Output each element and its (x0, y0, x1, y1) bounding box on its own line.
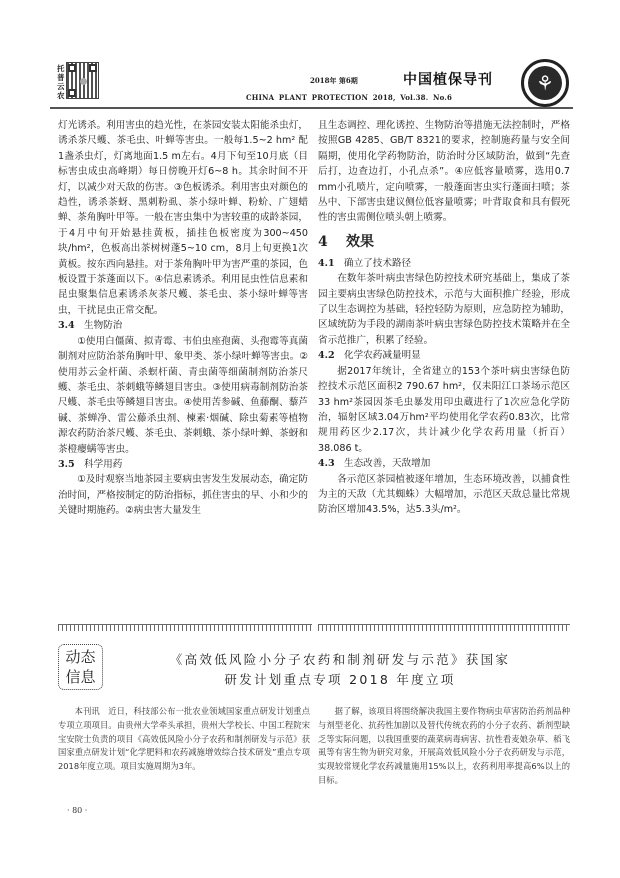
paragraph: 灯光诱杀。利用害虫的趋光性，在茶园安装太阳能杀虫灯，诱杀茶尺蠖、茶毛虫、叶蝉等害… (58, 118, 308, 318)
paragraph: 在数年茶叶病虫害绿色防控技术研究基础上，集成了茶园主要病虫害绿色防控技术，示范与… (318, 271, 570, 348)
paragraph: 本刊讯 近日，科技部公布一批农业领域国家重点研发计划重点专项立项项目。由贵州大学… (58, 705, 310, 774)
news-left-column: 本刊讯 近日，科技部公布一批农业领域国家重点研发计划重点专项立项项目。由贵州大学… (58, 705, 310, 774)
section-number: 4 (318, 229, 346, 255)
news-title: 《高效低风险小分子农药和制剂研发与示范》获国家 研发计划重点专项 2018 年度… (110, 650, 570, 690)
news-right-column: 据了解，该项目将围绕解决我国主要作物病虫草害防治药剂品种与剂型老化、抗药性加剧以… (318, 705, 570, 788)
section-heading-4: 4效果 (318, 229, 570, 255)
journal-english-title: CHINA PLANT PROTECTION 2018, Vol.38. No.… (246, 93, 452, 102)
section-number: 4.1 (318, 256, 344, 271)
paragraph: ①及时观察当地茶园主要病虫害发生发展动态，确定防治时间，严格按制定的防治指标，抓… (58, 472, 308, 518)
section-heading-3-4: 3.4生物防治 (58, 318, 308, 333)
section-title: 科学用药 (84, 459, 122, 470)
paragraph: ①使用白僵菌、拟青霉、韦伯虫座孢菌、头孢霉等真菌制剂对应防治茶角胸叶甲、象甲类、… (58, 334, 308, 457)
badge-line: 信息 (59, 667, 102, 687)
section-number: 3.5 (58, 457, 84, 472)
journal-title: 中国植保导刊 (403, 69, 493, 89)
qr-caption: 托普云农 (57, 64, 66, 100)
badge-line: 动态 (59, 647, 102, 667)
wavy-divider (58, 624, 312, 631)
issue-label: 2018年 第6期 (310, 76, 358, 86)
section-number: 4.3 (318, 456, 344, 471)
section-title: 生态改善，天敌增加 (344, 458, 430, 469)
section-number: 4.2 (318, 348, 344, 363)
section-title: 化学农药减量明显 (344, 350, 421, 361)
news-title-line: 《高效低风险小分子农药和制剂研发与示范》获国家 (110, 650, 570, 670)
paragraph: 且生态调控、理化诱控、生物防治等措施无法控制时，严格按照GB 4285、GB/T… (318, 118, 570, 226)
paragraph: 据了解，该项目将围绕解决我国主要作物病虫草害防治药剂品种与剂型老化、抗药性加剧以… (318, 705, 570, 788)
wavy-divider (318, 624, 570, 631)
section-heading-4-3: 4.3生态改善，天敌增加 (318, 456, 570, 471)
section-title: 效果 (346, 234, 374, 250)
left-column: 灯光诱杀。利用害虫的趋光性，在茶园安装太阳能杀虫灯，诱杀茶尺蠖、茶毛虫、叶蝉等害… (58, 118, 308, 519)
section-heading-4-1: 4.1确立了技术路径 (318, 256, 570, 271)
news-badge: 动态 信息 (58, 644, 103, 690)
paragraph: 各示范区茶园植被逐年增加，生态环境改善，以捕食性为主的天敌（尤其蜘蛛）大幅增加，… (318, 472, 570, 518)
page-number: · 80 · (67, 806, 87, 815)
paragraph: 据2017年统计，全省建立的153个茶叶病虫害绿色防控技术示范区面积2 790.… (318, 364, 570, 456)
section-number: 3.4 (58, 318, 84, 333)
section-title: 确立了技术路径 (344, 258, 411, 269)
section-heading-4-2: 4.2化学农药减量明显 (318, 348, 570, 363)
header-divider (50, 107, 573, 109)
journal-emblem-icon: ⚘ (521, 59, 569, 107)
qr-code-icon (66, 62, 99, 99)
right-column: 且生态调控、理化诱控、生物防治等措施无法控制时，严格按照GB 4285、GB/T… (318, 118, 570, 518)
section-title: 生物防治 (84, 320, 122, 331)
news-title-line: 研发计划重点专项 2018 年度立项 (110, 670, 570, 690)
section-heading-3-5: 3.5科学用药 (58, 457, 308, 472)
